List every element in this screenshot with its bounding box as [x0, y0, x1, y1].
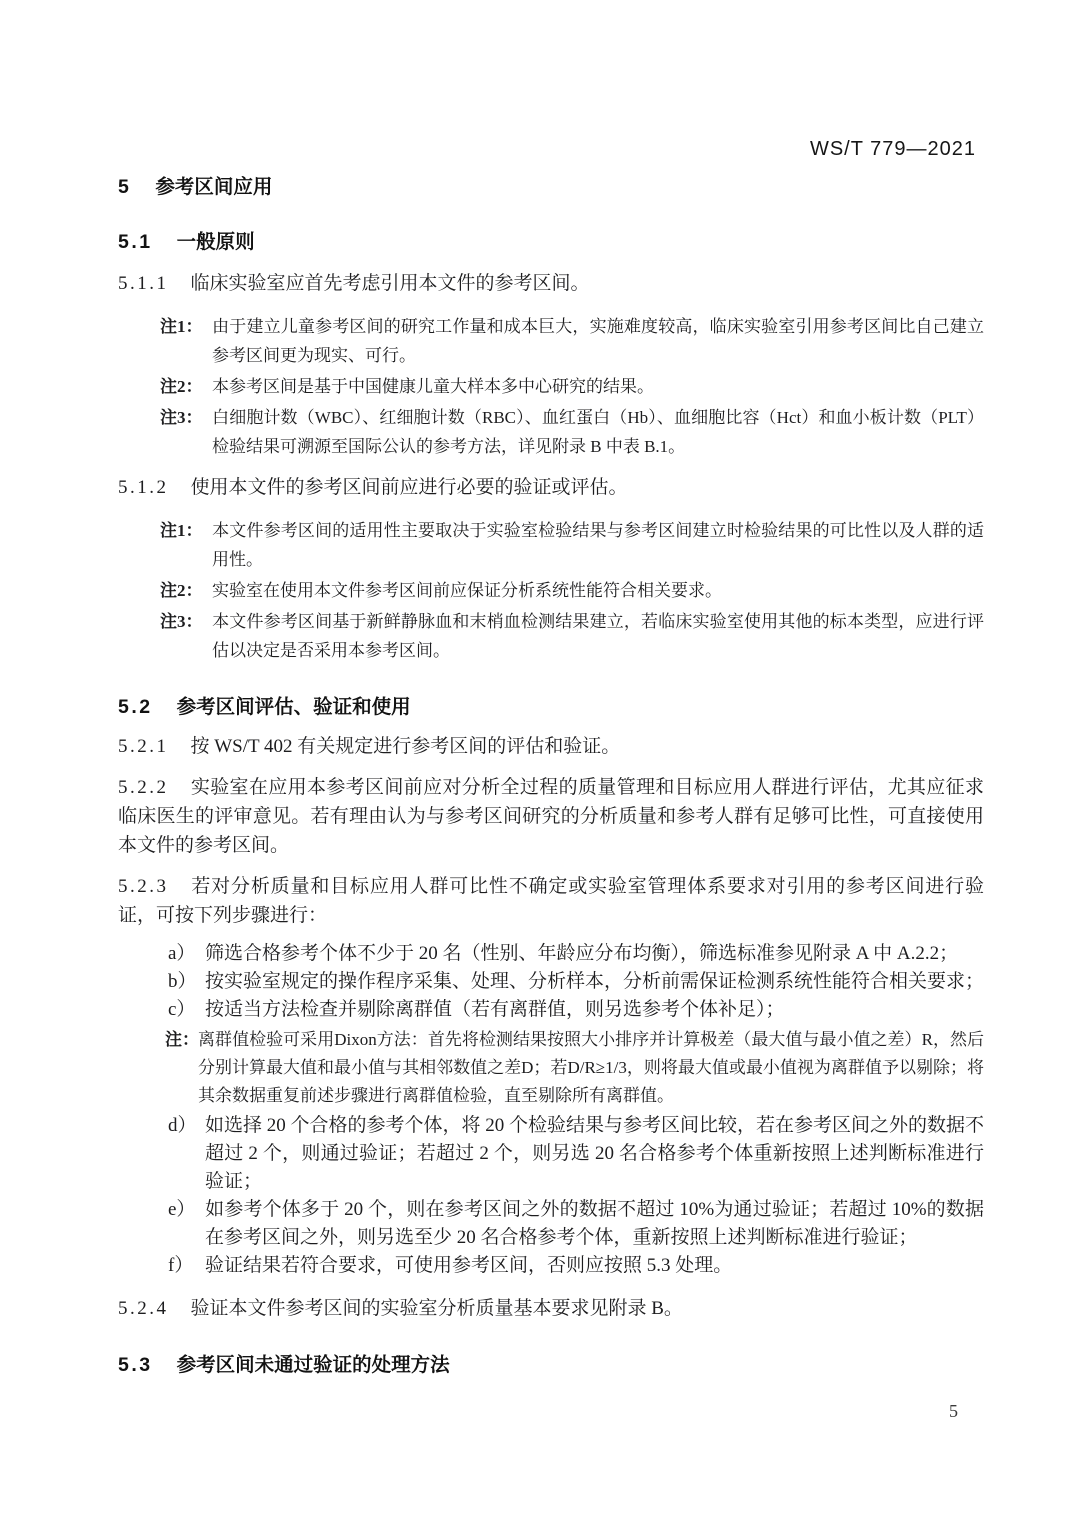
block-text: 参考区间评估、验证和使用 — [177, 696, 411, 718]
clause-number: 5.2 — [118, 696, 153, 718]
block-text: 离群值检验可采用Dixon方法：首先将检测结果按照大小排序并计算极差（最大值与最… — [198, 1030, 984, 1105]
block-text: 按适当方法检查并剔除离群值（若有离群值，则另选参考个体补足）； — [205, 999, 785, 1020]
list-item: a）筛选合格参考个体不少于 20 名（性别、年龄应分布均衡），筛选标准参见附录 … — [118, 940, 984, 968]
block-text: 按 WS/T 402 有关规定进行参考区间的评估和验证。 — [191, 736, 621, 757]
note-label: 注1： — [160, 312, 212, 341]
note-label: 注3： — [160, 607, 212, 636]
note-label: a） — [168, 940, 205, 968]
block-text: 本文件参考区间基于新鲜静脉血和末梢血检测结果建立，若临床实验室使用其他的标本类型… — [212, 612, 984, 660]
note-label: 注3： — [160, 403, 212, 432]
note-label: 注1： — [160, 516, 212, 545]
document-page: WS/T 779—2021 5参考区间应用5.1一般原则5.1.1临床实验室应首… — [0, 0, 1080, 1527]
block-text: 按实验室规定的操作程序采集、处理、分析样本，分析前需保证检测系统性能符合相关要求… — [205, 971, 984, 992]
block-text: 筛选合格参考个体不少于 20 名（性别、年龄应分布均衡），筛选标准参见附录 A … — [205, 943, 958, 964]
block-text: 如选择 20 个合格的参考个体，将 20 个检验结果与参考区间比较，若在参考区间… — [205, 1115, 984, 1192]
page-number: 5 — [949, 1401, 958, 1421]
note-label: 注2： — [160, 576, 212, 605]
clause-number: 5.2.4 — [118, 1298, 169, 1319]
note: 注3：本文件参考区间基于新鲜静脉血和末梢血检测结果建立，若临床实验室使用其他的标… — [118, 607, 984, 665]
subsection-heading: 5.1一般原则 — [118, 229, 984, 255]
note-label: e） — [168, 1196, 205, 1224]
block-text: 参考区间未通过验证的处理方法 — [177, 1354, 450, 1376]
list-item: f）验证结果若符合要求，可使用参考区间，否则应按照 5.3 处理。 — [118, 1252, 984, 1280]
document-content: 5参考区间应用5.1一般原则5.1.1临床实验室应首先考虑引用本文件的参考区间。… — [0, 174, 1080, 1378]
page-footer: 5 — [949, 1400, 958, 1422]
block-text: 实验室在应用本参考区间前应对分析全过程的质量管理和目标应用人群进行评估，尤其应征… — [118, 777, 984, 856]
block-text: 由于建立儿童参考区间的研究工作量和成本巨大，实施难度较高，临床实验室引用参考区间… — [212, 317, 984, 365]
note-label: f） — [168, 1252, 205, 1280]
block-text: 本文件参考区间的适用性主要取决于实验室检验结果与参考区间建立时检验结果的可比性以… — [212, 521, 984, 569]
clause-number: 5.2.3 — [118, 876, 169, 897]
clause-paragraph: 5.1.2使用本文件的参考区间前应进行必要的验证或评估。 — [118, 473, 984, 502]
block-text: 临床实验室应首先考虑引用本文件的参考区间。 — [191, 273, 590, 294]
block-text: 一般原则 — [177, 231, 255, 253]
clause-paragraph: 5.2.4验证本文件参考区间的实验室分析质量基本要求见附录 B。 — [118, 1294, 984, 1323]
clause-paragraph: 5.2.2实验室在应用本参考区间前应对分析全过程的质量管理和目标应用人群进行评估… — [118, 773, 984, 860]
note: 注1：由于建立儿童参考区间的研究工作量和成本巨大，实施难度较高，临床实验室引用参… — [118, 312, 984, 370]
subsection-heading: 5.2参考区间评估、验证和使用 — [118, 694, 984, 720]
block-text: 验证本文件参考区间的实验室分析质量基本要求见附录 B。 — [191, 1298, 683, 1319]
list-item: b）按实验室规定的操作程序采集、处理、分析样本，分析前需保证检测系统性能符合相关… — [118, 968, 984, 996]
list-item: d）如选择 20 个合格的参考个体，将 20 个检验结果与参考区间比较，若在参考… — [118, 1112, 984, 1196]
clause-number: 5.1.1 — [118, 273, 169, 294]
note-label: c） — [168, 996, 205, 1024]
subsection-heading: 5.3参考区间未通过验证的处理方法 — [118, 1352, 984, 1378]
document-header: WS/T 779—2021 — [0, 0, 1080, 160]
note-label: d） — [168, 1112, 205, 1140]
clause-paragraph: 5.1.1临床实验室应首先考虑引用本文件的参考区间。 — [118, 269, 984, 298]
block-text: 参考区间应用 — [155, 176, 272, 198]
note: 注1：本文件参考区间的适用性主要取决于实验室检验结果与参考区间建立时检验结果的可… — [118, 516, 984, 574]
note: 注3：白细胞计数（WBC）、红细胞计数（RBC）、血红蛋白（Hb）、血细胞比容（… — [118, 403, 984, 461]
list-item: e）如参考个体多于 20 个，则在参考区间之外的数据不超过 10%为通过验证；若… — [118, 1196, 984, 1252]
note-label: 注2： — [160, 372, 212, 401]
note-label: 注： — [165, 1026, 198, 1054]
section-heading: 5参考区间应用 — [118, 174, 984, 200]
block-text: 若对分析质量和目标应用人群可比性不确定或实验室管理体系要求对引用的参考区间进行验… — [118, 876, 984, 926]
standard-number: WS/T 779—2021 — [810, 138, 976, 160]
list-item: c）按适当方法检查并剔除离群值（若有离群值，则另选参考个体补足）； — [118, 996, 984, 1024]
note: 注2：实验室在使用本文件参考区间前应保证分析系统性能符合相关要求。 — [118, 576, 984, 605]
block-text: 白细胞计数（WBC）、红细胞计数（RBC）、血红蛋白（Hb）、血细胞比容（Hct… — [212, 408, 984, 456]
block-text: 如参考个体多于 20 个，则在参考区间之外的数据不超过 10%为通过验证；若超过… — [205, 1199, 984, 1248]
block-text: 实验室在使用本文件参考区间前应保证分析系统性能符合相关要求。 — [212, 581, 722, 600]
block-text: 使用本文件的参考区间前应进行必要的验证或评估。 — [191, 477, 628, 498]
clause-paragraph: 5.2.1按 WS/T 402 有关规定进行参考区间的评估和验证。 — [118, 732, 984, 761]
block-text: 本参考区间是基于中国健康儿童大样本多中心研究的结果。 — [212, 377, 654, 396]
note-label: b） — [168, 968, 205, 996]
clause-paragraph: 5.2.3若对分析质量和目标应用人群可比性不确定或实验室管理体系要求对引用的参考… — [118, 872, 984, 930]
clause-number: 5.2.2 — [118, 777, 169, 798]
clause-number: 5.3 — [118, 1354, 153, 1376]
clause-number: 5.1 — [118, 231, 153, 253]
clause-number: 5.1.2 — [118, 477, 169, 498]
clause-number: 5 — [118, 176, 131, 198]
block-text: 验证结果若符合要求，可使用参考区间，否则应按照 5.3 处理。 — [205, 1255, 732, 1276]
clause-number: 5.2.1 — [118, 736, 169, 757]
list-note: 注：离群值检验可采用Dixon方法：首先将检测结果按照大小排序并计算极差（最大值… — [118, 1026, 984, 1110]
note: 注2：本参考区间是基于中国健康儿童大样本多中心研究的结果。 — [118, 372, 984, 401]
